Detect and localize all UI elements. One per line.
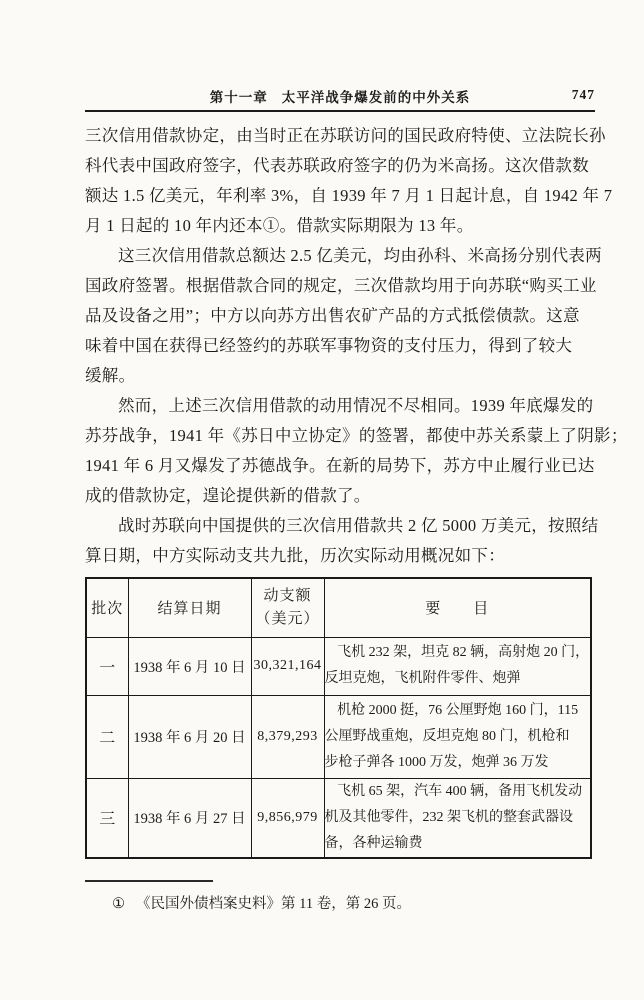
body-text: 三次信用借款协定，由当时正在苏联访问的国民政府特使、立法院长孙 科代表中国政府签… <box>85 121 595 571</box>
loans-table: 批次 结算日期 动支额 （美元） 要 目 一 1938 年 6 月 10 日 3… <box>85 577 592 859</box>
table-row: 二 1938 年 6 月 20 日 8,379,293 机枪 2000 挺，76… <box>86 695 591 778</box>
item-line: 飞机 232 架，坦克 82 辆，高射炮 20 门， <box>325 640 591 666</box>
page-content: 第十一章太平洋战争爆发前的中外关系 747 三次信用借款协定，由当时正在苏联访问… <box>85 86 595 913</box>
text-line: 国政府签署。根据借款合同的规定，三次借款均用于向苏联“购买工业 <box>85 271 595 301</box>
chapter-title: 太平洋战争爆发前的中外关系 <box>282 90 471 105</box>
text-line: 算日期，中方实际动支共九批，历次实际动用概况如下： <box>85 541 595 571</box>
text-line: 然而，上述三次信用借款的动用情况不尽相同。1939 年底爆发的 <box>85 391 595 421</box>
header-batch: 批次 <box>86 578 128 637</box>
paragraph-2: 这三次信用借款总额达 2.5 亿美元，均由孙科、米高扬分别代表两 国政府签署。根… <box>85 241 595 391</box>
item-line: 机及其他零件，232 架飞机的整套武器设 <box>325 805 591 831</box>
header-items: 要 目 <box>324 578 591 637</box>
items-cell: 机枪 2000 挺，76 公厘野炮 160 门，115 公厘野战重炮，反坦克炮 … <box>324 695 591 778</box>
footnote-marker: ① <box>112 896 125 912</box>
text-line: 味着中国在获得已经签约的苏联军事物资的支付压力，得到了较大 <box>85 331 595 361</box>
amount-cell: 8,379,293 <box>251 695 324 778</box>
running-header: 第十一章太平洋战争爆发前的中外关系 747 <box>85 86 595 106</box>
footnote-separator <box>85 880 213 882</box>
batch-cell: 二 <box>86 695 128 778</box>
text-line: 三次信用借款协定，由当时正在苏联访问的国民政府特使、立法院长孙 <box>85 121 595 151</box>
footnote: ①《民国外债档案史料》第 11 卷，第 26 页。 <box>85 892 595 913</box>
book-page: { "header": { "chapter": "第十一章", "title"… <box>0 0 644 1000</box>
items-cell: 飞机 65 架，汽车 400 辆，备用飞机发动 机及其他零件，232 架飞机的整… <box>324 778 591 858</box>
table-header-row: 批次 结算日期 动支额 （美元） 要 目 <box>86 578 591 637</box>
text-line: 月 1 日起的 10 年内还本①。借款实际期限为 13 年。 <box>85 211 595 241</box>
table-row: 一 1938 年 6 月 10 日 30,321,164 飞机 232 架，坦克… <box>86 637 591 695</box>
header-date: 结算日期 <box>128 578 251 637</box>
date-cell: 1938 年 6 月 10 日 <box>128 637 251 695</box>
amount-cell: 30,321,164 <box>251 637 324 695</box>
paragraph-1: 三次信用借款协定，由当时正在苏联访问的国民政府特使、立法院长孙 科代表中国政府签… <box>85 121 595 241</box>
chapter-label: 第十一章 <box>210 90 268 105</box>
text-line: 科代表中国政府签字，代表苏联政府签字的仍为米高扬。这次借款数 <box>85 151 595 181</box>
text-line: 战时苏联向中国提供的三次信用借款共 2 亿 5000 万美元，按照结 <box>85 511 595 541</box>
page-number: 747 <box>572 87 595 103</box>
date-cell: 1938 年 6 月 27 日 <box>128 778 251 858</box>
text-line: 成的借款协定，遑论提供新的借款了。 <box>85 481 595 511</box>
item-line: 机枪 2000 挺，76 公厘野炮 160 门，115 <box>325 698 591 724</box>
text-line: 这三次信用借款总额达 2.5 亿美元，均由孙科、米高扬分别代表两 <box>85 241 595 271</box>
text-line: 缓解。 <box>85 361 595 391</box>
item-line: 备，各种运输费 <box>325 831 591 857</box>
date-cell: 1938 年 6 月 20 日 <box>128 695 251 778</box>
table-row: 三 1938 年 6 月 27 日 9,856,979 飞机 65 架，汽车 4… <box>86 778 591 858</box>
items-cell: 飞机 232 架，坦克 82 辆，高射炮 20 门， 反坦克炮，飞机附件零件、炮… <box>324 637 591 695</box>
header-amount-line1: 动支额 <box>252 585 324 608</box>
paragraph-4: 战时苏联向中国提供的三次信用借款共 2 亿 5000 万美元，按照结 算日期，中… <box>85 511 595 571</box>
header-amount-line2: （美元） <box>252 608 324 631</box>
item-line: 飞机 65 架，汽车 400 辆，备用飞机发动 <box>325 779 591 805</box>
text-line: 额达 1.5 亿美元，年利率 3%，自 1939 年 7 月 1 日起计息，自 … <box>85 181 595 211</box>
batch-cell: 三 <box>86 778 128 858</box>
header-amount: 动支额 （美元） <box>251 578 324 637</box>
header-rule <box>85 110 595 112</box>
item-line: 步枪子弹各 1000 万发，炮弹 36 万发 <box>325 750 591 776</box>
amount-cell: 9,856,979 <box>251 778 324 858</box>
item-line: 反坦克炮，飞机附件零件、炮弹 <box>325 666 591 692</box>
batch-cell: 一 <box>86 637 128 695</box>
text-line: 苏芬战争，1941 年《苏日中立协定》的签署，都使中苏关系蒙上了阴影； <box>85 421 595 451</box>
text-line: 品及设备之用”；中方以向苏方出售农矿产品的方式抵偿债款。这意 <box>85 301 595 331</box>
text-line: 1941 年 6 月又爆发了苏德战争。在新的局势下，苏方中止履行业已达 <box>85 451 595 481</box>
footnote-text: 《民国外债档案史料》第 11 卷，第 26 页。 <box>136 896 411 912</box>
paragraph-3: 然而，上述三次信用借款的动用情况不尽相同。1939 年底爆发的 苏芬战争，194… <box>85 391 595 511</box>
item-line: 公厘野战重炮，反坦克炮 80 门，机枪和 <box>325 724 591 750</box>
